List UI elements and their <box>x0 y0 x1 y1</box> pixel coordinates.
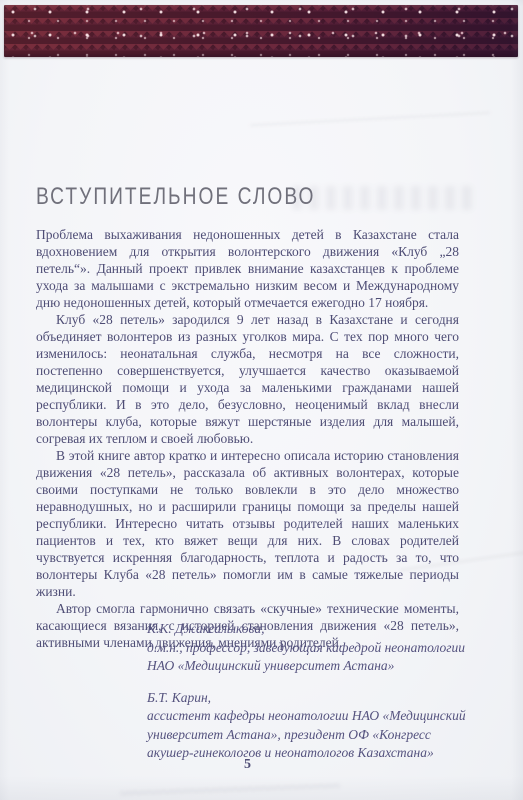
paragraph: В этой книге автор кратко и интересно оп… <box>36 447 459 600</box>
signature-role-line: ассистент кафедры неонатологии НАО «Меди… <box>147 707 477 726</box>
paper-crease <box>250 112 490 127</box>
signature-section: К.К. Джаксалыкова, д.м.н., профессор, за… <box>147 620 477 776</box>
page-number: 5 <box>36 757 459 773</box>
paragraph: Клуб «28 петель» зародился 9 лет назад в… <box>36 311 459 447</box>
signature-role-line: университет Астана», президент ОФ «Конгр… <box>147 726 477 745</box>
signature-block: Б.Т. Карин, ассистент кафедры неонатолог… <box>147 689 477 763</box>
paragraph: Проблема выхаживания недоношенных детей … <box>36 226 459 311</box>
signature-block: К.К. Джаксалыкова, д.м.н., профессор, за… <box>147 620 477 676</box>
foreword-body: Проблема выхаживания недоношенных детей … <box>36 226 459 651</box>
signature-name: Б.Т. Карин, <box>147 689 477 708</box>
paper-crease <box>120 784 340 795</box>
signature-role-line: д.м.н., профессор, заведующая кафедрой н… <box>147 639 477 658</box>
knitted-pattern-icon <box>4 5 518 57</box>
book-page: ВСТУПИТЕЛЬНОЕ СЛОВО Проблема выхаживания… <box>0 0 523 800</box>
showthrough-ghost-text <box>292 186 474 210</box>
signature-role-line: НАО «Медицинский университет Астана» <box>147 657 477 676</box>
signature-name: К.К. Джаксалыкова, <box>147 620 477 639</box>
page-title: ВСТУПИТЕЛЬНОЕ СЛОВО <box>36 183 315 211</box>
